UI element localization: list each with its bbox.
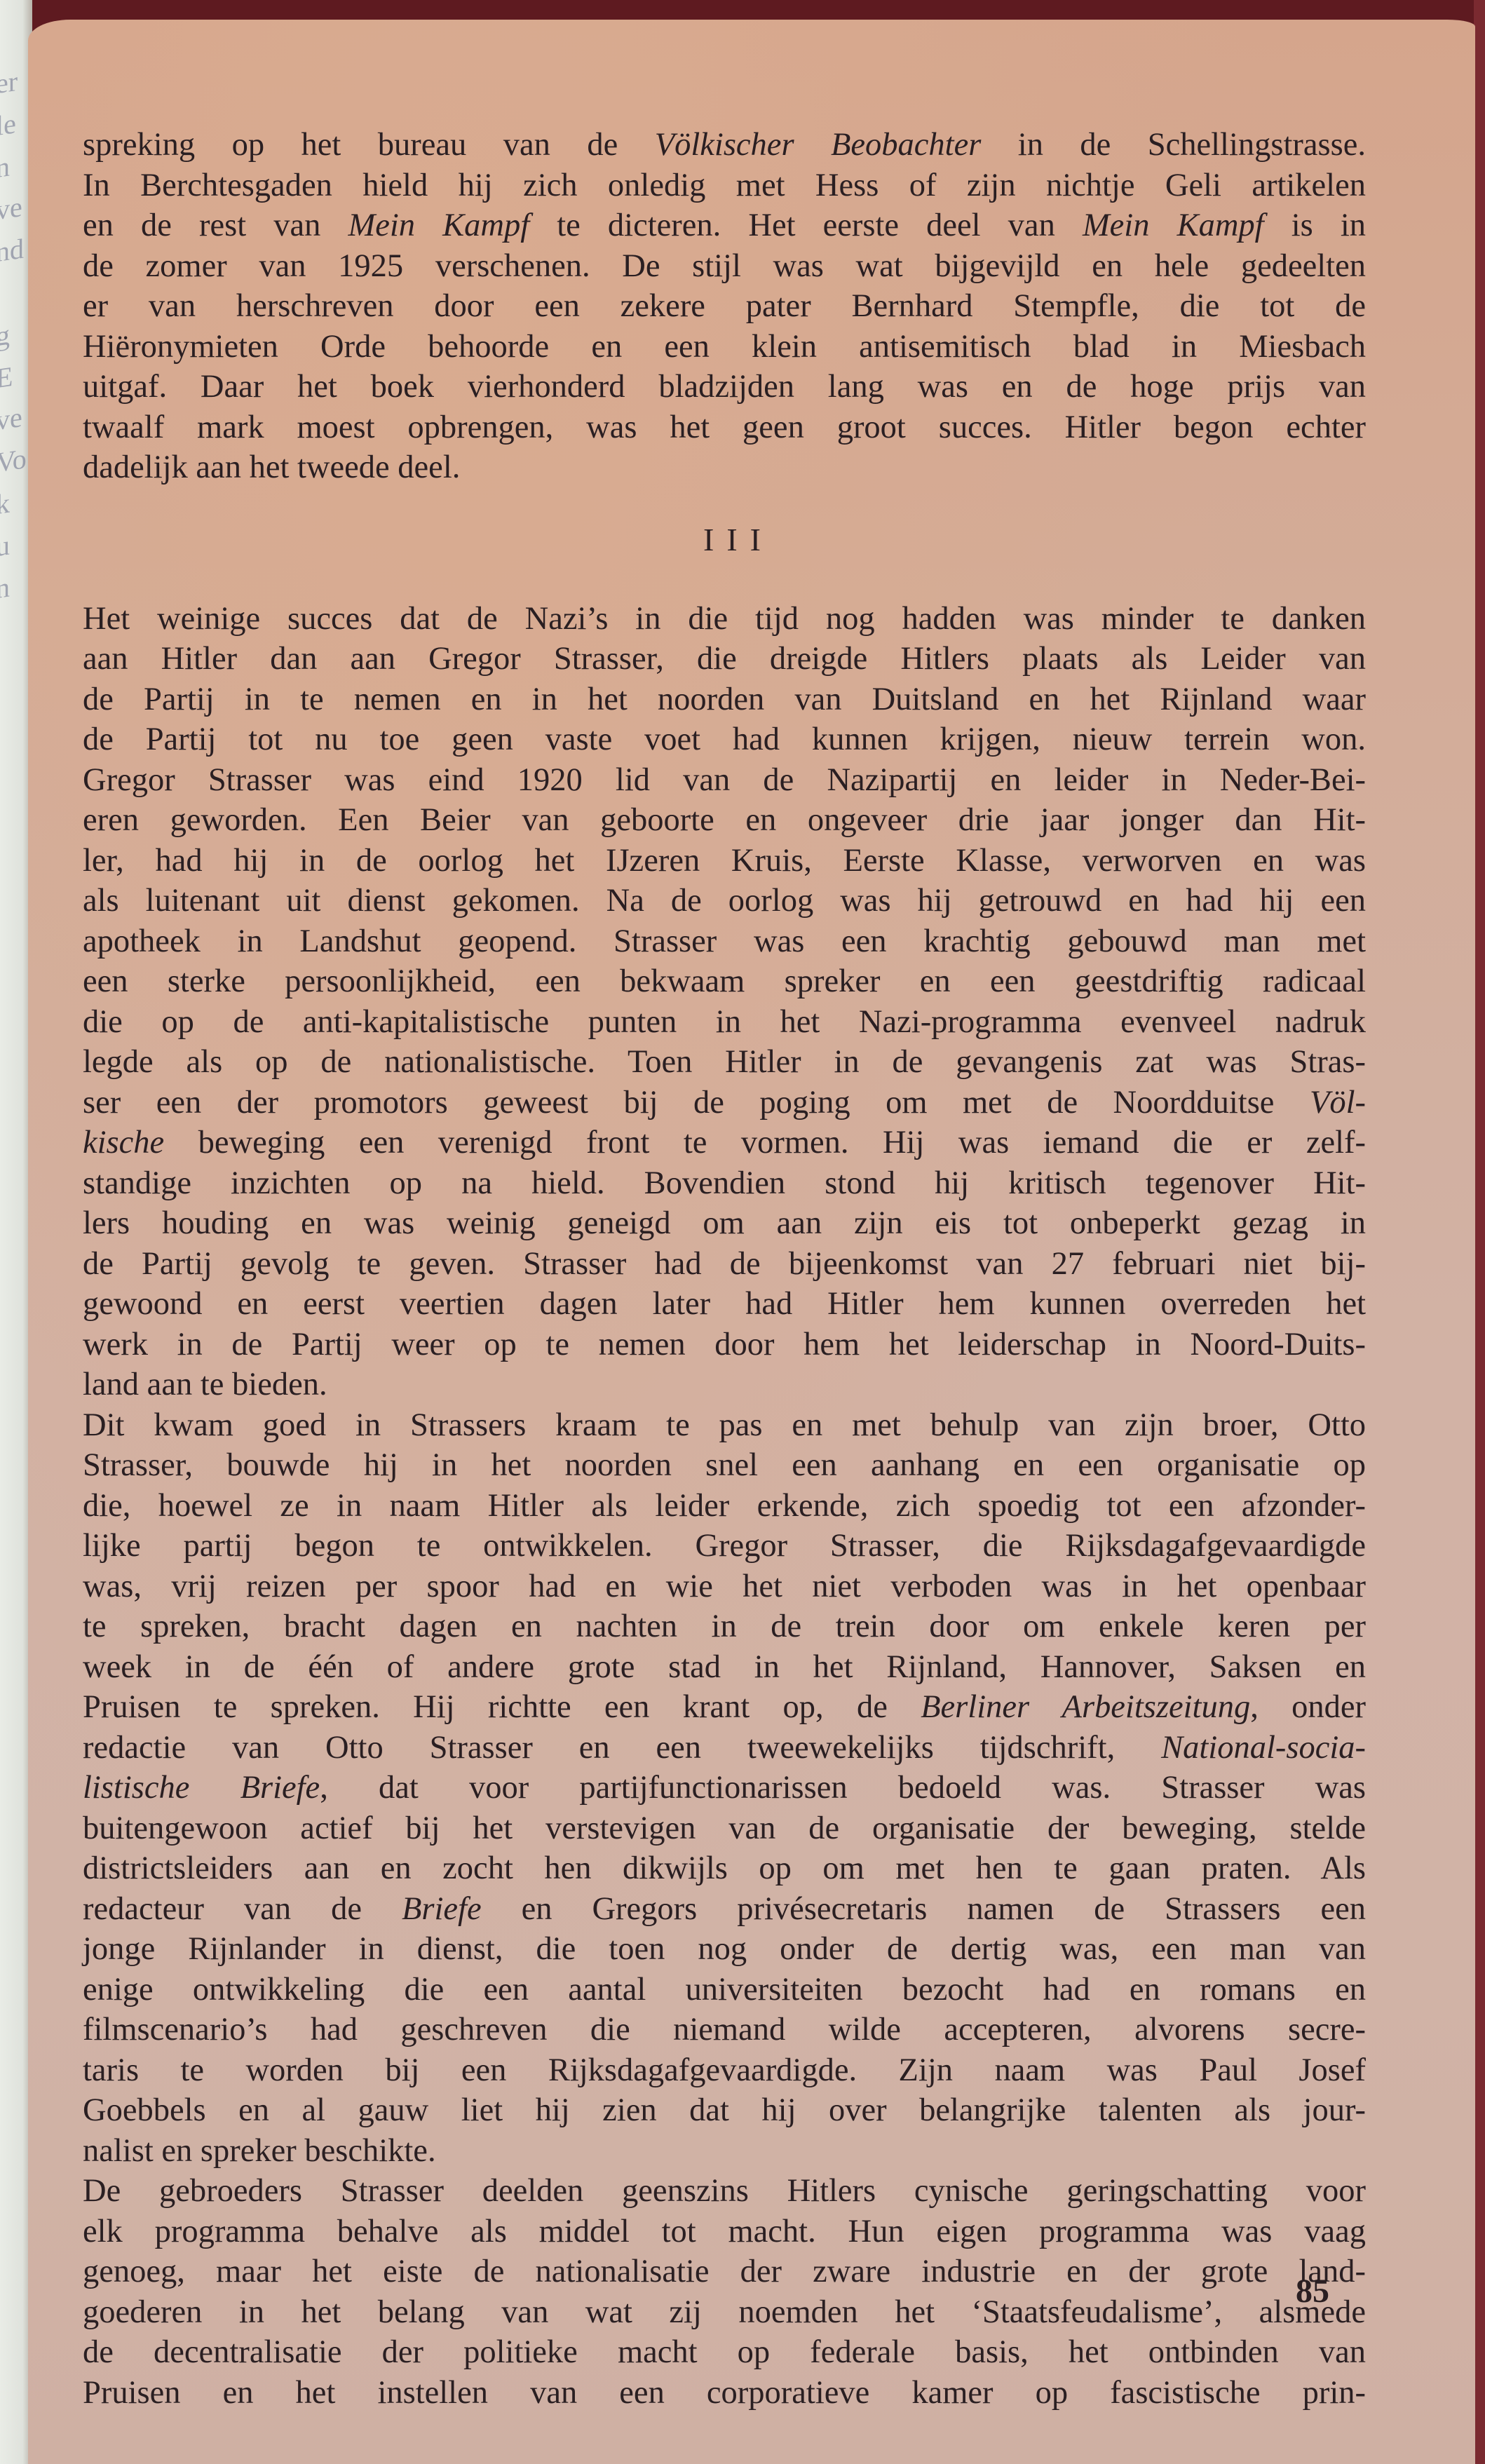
text-line: redactie van Otto Strasser en een tweewe… xyxy=(83,1728,1366,1768)
text-line: die op de anti-kapitalistische punten in… xyxy=(83,1002,1366,1043)
text-line: De gebroeders Strasser deelden geenszins… xyxy=(83,2171,1366,2212)
text-line: Hiëronymieten Orde behoorde en een klein… xyxy=(83,327,1366,367)
text-line: als luitenant uit dienst gekomen. Na de … xyxy=(83,881,1366,921)
text-line: was, vrij reizen per spoor had en wie he… xyxy=(83,1566,1366,1607)
text-line: uitgaf. Daar het boek vierhonderd bladzi… xyxy=(83,367,1366,407)
text-line: buitengewoon actief bij het verstevigen … xyxy=(83,1808,1366,1849)
paragraph-2: Het weinige succes dat de Nazi’s in die … xyxy=(83,599,1366,1405)
text-line: dadelijk aan het tweede deel. xyxy=(83,447,1366,488)
book-page: spreking op het bureau van de Völkischer… xyxy=(28,20,1475,2464)
text-line: land aan te bieden. xyxy=(83,1365,1366,1405)
text-line: ler, had hij in de oorlog het IJzeren Kr… xyxy=(83,841,1366,881)
paragraph-3: Dit kwam goed in Strassers kraam te pas … xyxy=(83,1405,1366,2172)
page-number: 85 xyxy=(1296,2272,1329,2310)
text-line: lijke partij begon te ontwikkelen. Grego… xyxy=(83,1526,1366,1566)
text-line: te spreken, bracht dagen en nachten in d… xyxy=(83,1606,1366,1647)
text-line: Pruisen en het instellen van een corpora… xyxy=(83,2373,1366,2414)
text-line: de Partij tot nu toe geen vaste voet had… xyxy=(83,719,1366,760)
text-line: taris te worden bij een Rijksdagafgevaar… xyxy=(83,2050,1366,2091)
text-line: die, hoewel ze in naam Hitler als leider… xyxy=(83,1486,1366,1527)
text-line: twaalf mark moest opbrengen, was het gee… xyxy=(83,407,1366,448)
text-line: legde als op de nationalistische. Toen H… xyxy=(83,1042,1366,1083)
text-line: nalist en spreker beschikte. xyxy=(83,2131,1366,2172)
text-line: listische Briefe, dat voor partijfunctio… xyxy=(83,1768,1366,1808)
text-line: apotheek in Landshut geopend. Strasser w… xyxy=(83,921,1366,962)
text-line: Goebbels en al gauw liet hij zien dat hi… xyxy=(83,2090,1366,2131)
text-line: Het weinige succes dat de Nazi’s in die … xyxy=(83,599,1366,639)
text-line: Pruisen te spreken. Hij richtte een kran… xyxy=(83,1687,1366,1728)
text-line: kische beweging een verenigd front te vo… xyxy=(83,1123,1366,1163)
paragraph-1: spreking op het bureau van de Völkischer… xyxy=(83,125,1366,488)
text-line: genoeg, maar het eiste de nationalisatie… xyxy=(83,2252,1366,2292)
text-line: filmscenario’s had geschreven die nieman… xyxy=(83,2010,1366,2050)
text-line: standige inzichten op na hield. Bovendie… xyxy=(83,1163,1366,1204)
text-line: een sterke persoonlijkheid, een bekwaam … xyxy=(83,961,1366,1002)
text-line: goederen in het belang van wat zij noemd… xyxy=(83,2292,1366,2333)
text-line: Strasser, bouwde hij in het noorden snel… xyxy=(83,1445,1366,1486)
text-line: aan Hitler dan aan Gregor Strasser, die … xyxy=(83,639,1366,679)
paragraph-4: De gebroeders Strasser deelden geenszins… xyxy=(83,2171,1366,2413)
text-line: werk in de Partij weer op te nemen door … xyxy=(83,1325,1366,1365)
text-line: eren geworden. Een Beier van geboorte en… xyxy=(83,800,1366,841)
text-line: elk programma behalve als middel tot mac… xyxy=(83,2212,1366,2252)
text-line: er van herschreven door een zekere pater… xyxy=(83,286,1366,327)
text-line: redacteur van de Briefe en Gregors privé… xyxy=(83,1889,1366,1930)
text-line: spreking op het bureau van de Völkischer… xyxy=(83,125,1366,165)
text-line: gewoond en eerst veertien dagen later ha… xyxy=(83,1284,1366,1325)
text-line: en de rest van Mein Kampf te dicteren. H… xyxy=(83,205,1366,246)
text-line: de Partij gevolg te geven. Strasser had … xyxy=(83,1244,1366,1285)
text-line: Dit kwam goed in Strassers kraam te pas … xyxy=(83,1405,1366,1446)
text-line: districtsleiders aan en zocht hen dikwij… xyxy=(83,1848,1366,1889)
section-heading: III xyxy=(83,520,1366,560)
text-line: ser een der promotors geweest bij de pog… xyxy=(83,1083,1366,1123)
text-line: lers houding en was weinig geneigd om aa… xyxy=(83,1203,1366,1244)
text-line: In Berchtesgaden hield hij zich onledig … xyxy=(83,165,1366,206)
book-cover-right-edge xyxy=(1474,0,1485,2464)
text-line: de zomer van 1925 verschenen. De stijl w… xyxy=(83,246,1366,287)
text-line: enige ontwikkeling die een aantal univer… xyxy=(83,1970,1366,2010)
text-line: week in de één of andere grote stad in h… xyxy=(83,1647,1366,1688)
text-line: de decentralisatie der politieke macht o… xyxy=(83,2332,1366,2373)
text-line: de Partij in te nemen en in het noorden … xyxy=(83,679,1366,720)
text-line: jonge Rijnlander in dienst, die toen nog… xyxy=(83,1929,1366,1970)
page-text: spreking op het bureau van de Völkischer… xyxy=(83,125,1366,2413)
text-line: Gregor Strasser was eind 1920 lid van de… xyxy=(83,760,1366,801)
